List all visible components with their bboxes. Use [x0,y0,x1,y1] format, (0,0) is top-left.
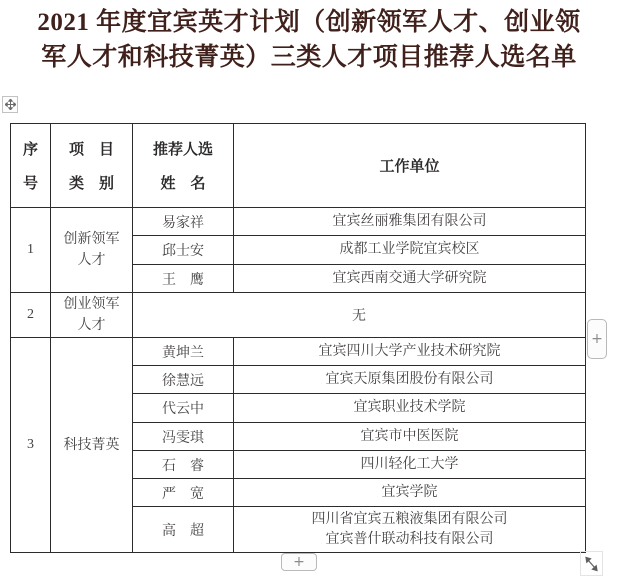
category-cell: 创新领军 人才 [51,208,133,293]
recommendation-table: 序 号 项 目 类 别 推荐人选 姓 名 工作单位 [10,123,586,553]
work-unit-cell: 四川省宜宾五粮液集团有限公司 宜宾普什联动科技有限公司 [234,507,586,553]
candidate-name-cell: 冯雯琪 [133,423,234,451]
table-row: 3 科技菁英 黄坤兰 宜宾四川大学产业技术研究院 [11,338,586,366]
work-unit-cell: 宜宾四川大学产业技术研究院 [234,338,586,366]
candidate-name-cell: 王 鹰 [133,265,234,293]
merged-none-cell: 无 [133,293,586,338]
candidate-name-cell: 高 超 [133,507,234,553]
page-title: 2021 年度宜宾英才计划（创新领军人才、创业领 军人才和科技菁英）三类人才项目… [0,5,618,75]
plus-icon: + [293,554,305,570]
insert-column-button[interactable]: + [587,319,607,359]
header-project-category: 项 目 类 别 [51,124,133,208]
candidate-name-cell: 严 宽 [133,479,234,507]
candidate-name-cell: 黄坤兰 [133,338,234,366]
table-row: 1 创新领军 人才 易家祥 宜宾丝丽雅集团有限公司 [11,208,586,236]
work-unit-cell: 四川轻化工大学 [234,451,586,479]
work-unit-cell: 成都工业学院宜宾校区 [234,236,586,265]
work-unit-cell: 宜宾天原集团股份有限公司 [234,366,586,394]
table-row: 2 创业领军 人才 无 [11,293,586,338]
insert-row-button[interactable]: + [281,553,317,571]
category-cell: 科技菁英 [51,338,133,553]
candidate-name-cell: 徐慧远 [133,366,234,394]
work-unit-cell: 宜宾职业技术学院 [234,394,586,423]
move-cross-icon [5,99,16,110]
candidate-name-cell: 邱士安 [133,236,234,265]
diagonal-resize-icon [584,555,599,572]
page-title-line2: 军人才和科技菁英）三类人才项目推荐人选名单 [0,40,618,75]
work-unit-cell: 宜宾市中医医院 [234,423,586,451]
category-cell: 创业领军 人才 [51,293,133,338]
header-serial-no: 序 号 [11,124,51,208]
header-candidate-name: 推荐人选 姓 名 [133,124,234,208]
work-unit-cell: 宜宾丝丽雅集团有限公司 [234,208,586,236]
work-unit-cell: 宜宾西南交通大学研究院 [234,265,586,293]
table-move-handle[interactable] [2,96,18,113]
header-work-unit: 工作单位 [234,124,586,208]
page-title-line1: 2021 年度宜宾英才计划（创新领军人才、创业领 [0,5,618,40]
plus-icon: + [591,331,603,347]
table-resize-handle[interactable] [580,551,603,576]
candidate-name-cell: 易家祥 [133,208,234,236]
serial-no-cell: 2 [11,293,51,338]
work-unit-cell: 宜宾学院 [234,479,586,507]
serial-no-cell: 1 [11,208,51,293]
serial-no-cell: 3 [11,338,51,553]
candidate-name-cell: 石 睿 [133,451,234,479]
table-header-row: 序 号 项 目 类 别 推荐人选 姓 名 工作单位 [11,124,586,208]
candidate-name-cell: 代云中 [133,394,234,423]
